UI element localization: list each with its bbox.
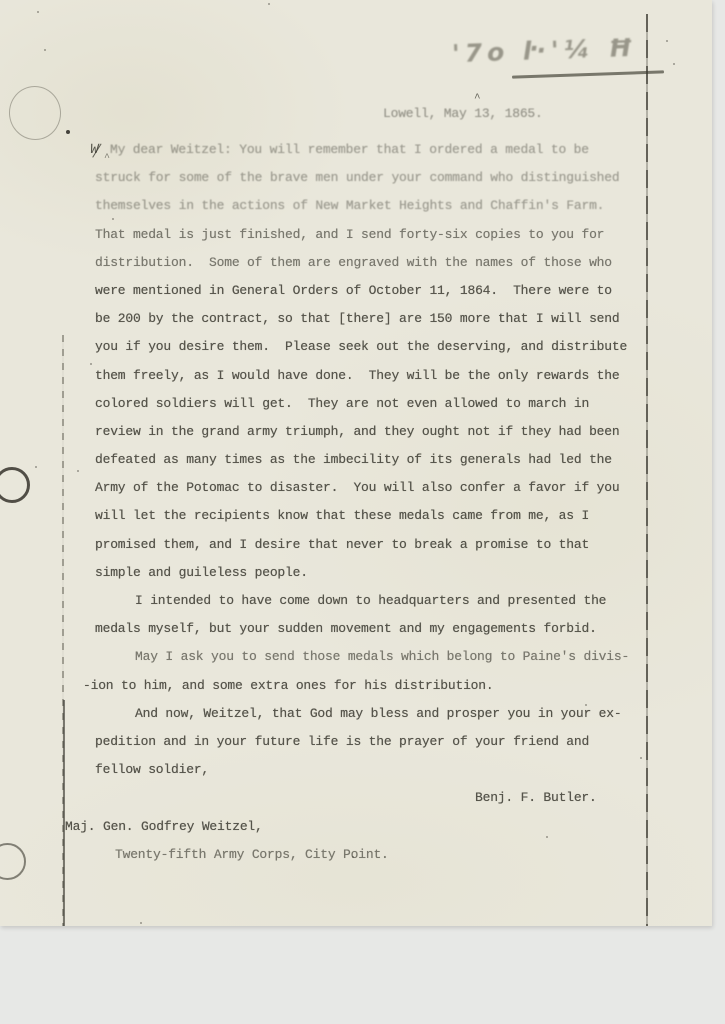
letter-line: simple and guileless people.: [0, 565, 660, 593]
letter-line: distribution. Some of them are engraved …: [0, 255, 660, 283]
letter-line: That medal is just finished, and I send …: [0, 227, 660, 255]
pencil-scribble-underline: [512, 70, 664, 78]
letter-line: Twenty-fifth Army Corps, City Point.: [0, 847, 660, 875]
letter-line: -ion to him, and some extra ones for his…: [0, 678, 660, 706]
letter-line: My dear Weitzel: You will remember that …: [0, 142, 660, 170]
pencil-scribble-annotation: '7o ŀ·'¼ Ħ: [452, 33, 638, 68]
ink-speck: [640, 757, 642, 759]
letter-line: May I ask you to send those medals which…: [0, 649, 660, 677]
letter-line: them freely, as I would have done. They …: [0, 368, 660, 396]
margin-ink-dot: [66, 130, 70, 134]
letter-line: themselves in the actions of New Market …: [0, 198, 660, 226]
letter-body: My dear Weitzel: You will remember that …: [0, 142, 660, 875]
letter-line: And now, Weitzel, that God may bless and…: [0, 706, 660, 734]
ink-speck: [35, 466, 37, 468]
ink-speck: [37, 11, 39, 13]
ink-speck: [112, 218, 114, 220]
scanned-letter-page: '7o ŀ·'¼ Ħ Lowell, May 13, 1865. ^ W ^ M…: [0, 0, 712, 926]
letter-line: Army of the Potomac to disaster. You wil…: [0, 480, 660, 508]
letter-line: struck for some of the brave men under y…: [0, 170, 660, 198]
letter-line: will let the recipients know that these …: [0, 508, 660, 536]
ink-speck: [90, 363, 92, 365]
ink-speck: [352, 856, 354, 858]
letter-line: I intended to have come down to headquar…: [0, 593, 660, 621]
date-insertion-caret: ^: [474, 93, 481, 105]
ink-speck: [77, 470, 79, 472]
letter-line: were mentioned in General Orders of Octo…: [0, 283, 660, 311]
letter-line: review in the grand army triumph, and th…: [0, 424, 660, 452]
letter-line: medals myself, but your sudden movement …: [0, 621, 660, 649]
letter-line: pedition and in your future life is the …: [0, 734, 660, 762]
ink-speck: [666, 40, 668, 42]
letter-line: fellow soldier,: [0, 762, 660, 790]
letter-line: colored soldiers will get. They are not …: [0, 396, 660, 424]
ink-speck: [140, 922, 142, 924]
ink-speck: [673, 63, 675, 65]
letter-line: defeated as many times as the imbecility…: [0, 452, 660, 480]
letter-line: Benj. F. Butler.: [0, 790, 660, 818]
letter-line: Maj. Gen. Godfrey Weitzel,: [0, 819, 660, 847]
dateline: Lowell, May 13, 1865.: [383, 106, 543, 121]
letter-line: be 200 by the contract, so that [there] …: [0, 311, 660, 339]
ink-speck: [268, 3, 270, 5]
ink-speck: [44, 49, 46, 51]
ink-speck: [546, 836, 548, 838]
letter-line: you if you desire them. Please seek out …: [0, 339, 660, 367]
punch-hole-top: [5, 83, 64, 144]
letter-line: promised them, and I desire that never t…: [0, 537, 660, 565]
ink-speck: [585, 704, 587, 706]
